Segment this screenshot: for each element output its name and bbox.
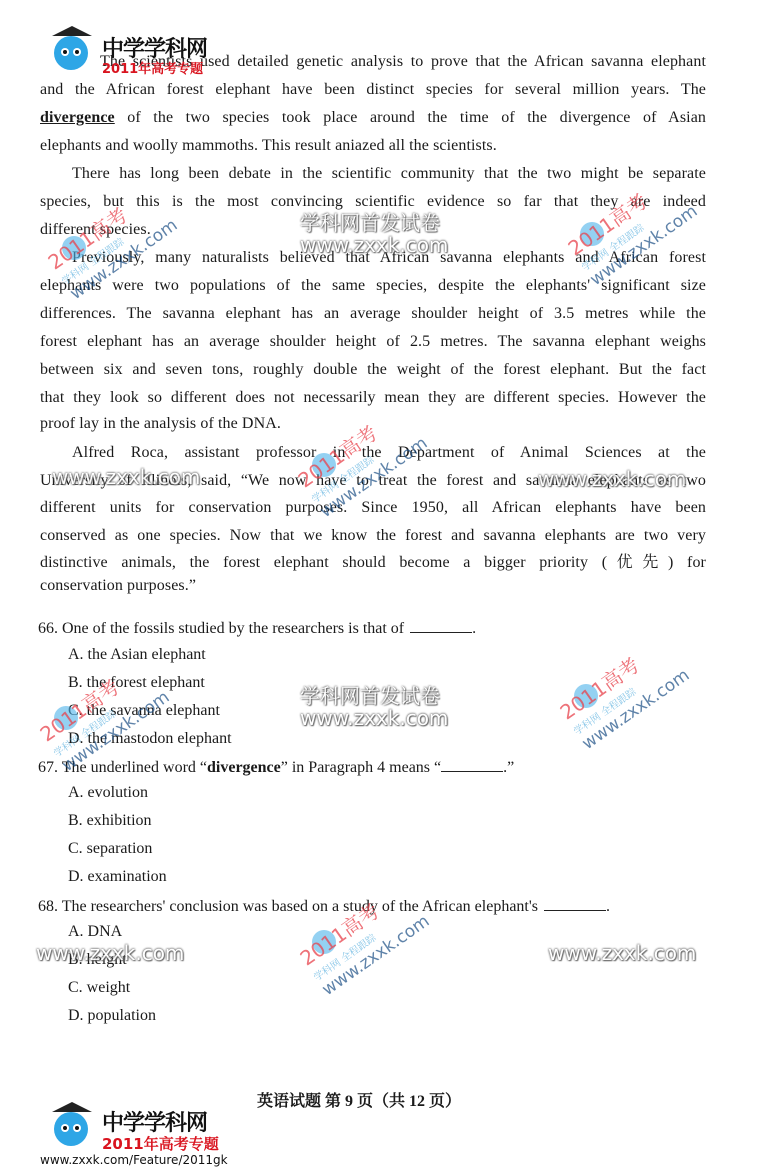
watermark-stamp: 学科网首发试卷 www.zxxk.com: [300, 685, 448, 729]
stem-end: .: [472, 620, 476, 637]
question-stem-bold: divergence: [207, 759, 281, 776]
passage-line: divergence of the two species took place…: [40, 108, 706, 128]
watermark-url: www.zxxk.com: [300, 234, 448, 256]
p1-line-4: elephants and woolly mammoths. This resu…: [40, 137, 497, 154]
watermark-url: www.zxxk.com: [538, 468, 686, 490]
site-logo-top: 中学学科网 2011年高考专题: [38, 26, 228, 76]
watermark-url: www.zxxk.com: [548, 942, 696, 964]
site-logo-bottom: 中学学科网 2011年高考专题 www.zxxk.com/Feature/201…: [38, 1100, 238, 1168]
answer-blank: [441, 757, 503, 772]
passage-line: distinctive animals, the forest elephant…: [40, 553, 706, 573]
question-67: 67. The underlined word “divergence” in …: [38, 757, 514, 778]
question-68: 68. The researchers' conclusion was base…: [38, 896, 610, 917]
passage-line: that they look so different does not nec…: [40, 388, 706, 408]
graduation-cap-icon: [52, 1102, 92, 1112]
passage-line: There has long been debate in the scient…: [72, 164, 706, 184]
passage-line: different units for conservation purpose…: [40, 498, 706, 518]
watermark-url: www.zxxk.com: [36, 942, 184, 964]
logo-subtitle: 2011年高考专题: [102, 1133, 219, 1154]
logo-url: www.zxxk.com/Feature/2011gk: [40, 1153, 228, 1167]
page-number-label: 英语试题 第 9 页（共 12 页）: [257, 1088, 461, 1111]
watermark-url: www.zxxk.com: [52, 466, 200, 488]
mascot-icon: [54, 36, 88, 70]
p1-line-2: and the African forest elephant have bee…: [40, 81, 706, 98]
passage-line: elephants and woolly mammoths. This resu…: [40, 136, 706, 156]
answer-blank: [410, 618, 472, 633]
mascot-icon: [54, 1112, 88, 1146]
passage-line: conserved as one species. Now that we kn…: [40, 526, 706, 546]
watermark-title: 学科网首发试卷: [300, 212, 448, 234]
p1-line-3: of the two species took place around the…: [115, 109, 706, 126]
option-68-a: A. DNA: [68, 922, 122, 942]
question-stem: 66. One of the fossils studied by the re…: [38, 620, 404, 637]
question-stem: ” in Paragraph 4 means “: [281, 759, 441, 776]
watermark-stamp: 学科网首发试卷 www.zxxk.com: [300, 212, 448, 256]
option-68-d: D. population: [68, 1006, 156, 1026]
diagonal-watermark: 2011高考 学科网 全程跟踪 www.zxxk.com: [553, 629, 693, 754]
option-67-c: C. separation: [68, 839, 152, 859]
question-66: 66. One of the fossils studied by the re…: [38, 618, 476, 639]
stem-end: .”: [503, 759, 514, 776]
logo-subtitle: 2011年高考专题: [102, 58, 203, 77]
stem-end: .: [606, 898, 610, 915]
passage-line: differences. The savanna elephant has an…: [40, 304, 706, 324]
option-67-d: D. examination: [68, 867, 167, 887]
watermark-url: www.zxxk.com: [300, 707, 448, 729]
option-67-a: A. evolution: [68, 783, 148, 803]
passage-line: forest elephant has an average shoulder …: [40, 332, 706, 352]
exam-page: The scientists used detailed genetic ana…: [0, 0, 760, 1168]
underlined-word: divergence: [40, 109, 115, 126]
passage-line: and the African forest elephant have bee…: [40, 80, 706, 100]
option-68-c: C. weight: [68, 978, 130, 998]
diagonal-watermark: 2011高考 学科网 全程跟踪 www.zxxk.com: [293, 875, 433, 1000]
graduation-cap-icon: [52, 26, 92, 36]
question-stem: 68. The researchers' conclusion was base…: [38, 898, 538, 915]
watermark-title: 学科网首发试卷: [300, 685, 448, 707]
passage-line: conservation purposes.”: [40, 576, 706, 596]
option-67-b: B. exhibition: [68, 811, 152, 831]
passage-line: between six and seven tons, roughly doub…: [40, 360, 706, 380]
answer-blank: [544, 896, 606, 911]
